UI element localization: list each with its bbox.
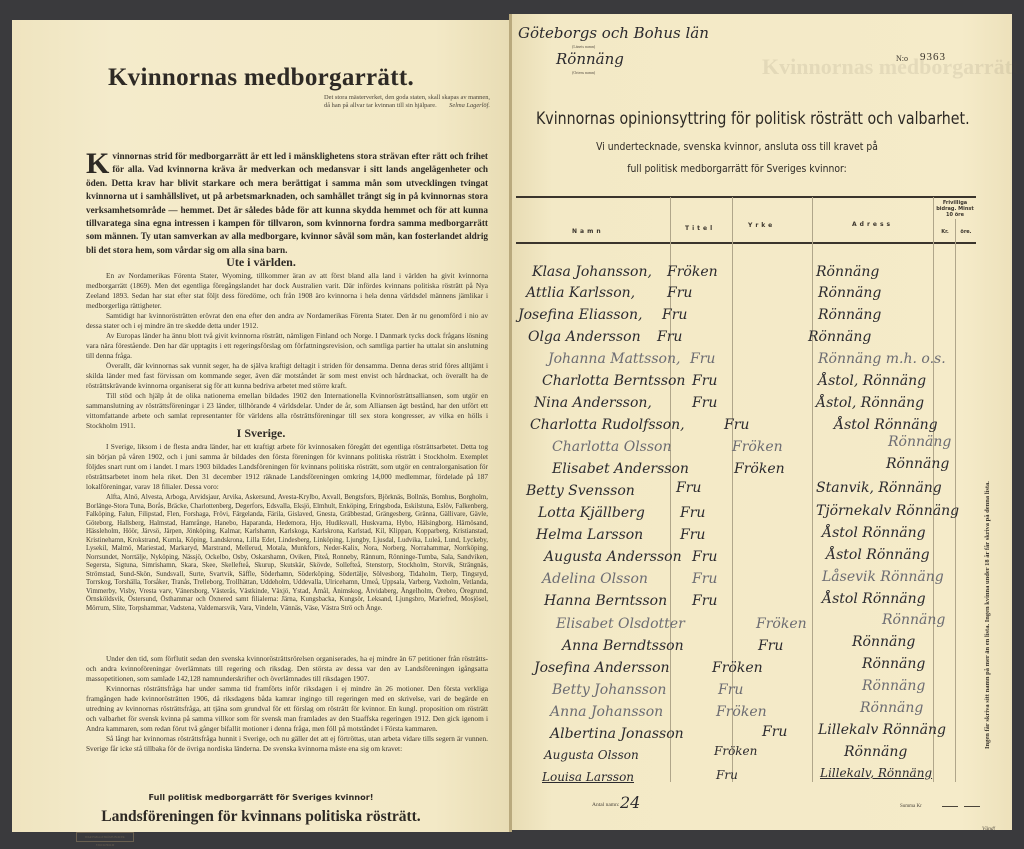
signature-name: Helma Larsson (536, 527, 643, 543)
column-header-titel: Titel (685, 225, 715, 232)
sum-kr-dash (942, 806, 958, 807)
paragraph: Samtidigt har kvinnorösträtten erövrat d… (86, 311, 488, 331)
vertical-notice: Ingen får skriva sitt namn på mer än en … (984, 289, 991, 749)
signature-title: Fru (716, 768, 738, 782)
paragraph: Överallt, där kvinnornas sak vunnit sege… (86, 361, 488, 391)
handwritten-town: Rönnäng (556, 50, 624, 68)
signature-title: Fru (667, 285, 692, 301)
signature-title: Fru (657, 329, 682, 345)
signature-address: Åstol, Rönnäng (818, 373, 926, 389)
signature-address: Åstol Rönnäng (834, 417, 938, 433)
form-title: Kvinnornas opinionsyttring för politisk … (536, 109, 949, 128)
section-heading-sweden: I Sverige. (12, 426, 510, 441)
form-subtitle-line2: full politisk medborgarrätt för Sveriges… (517, 163, 957, 175)
organization-name: Landsföreningen för kvinnans politiska r… (12, 808, 510, 826)
town-label: (Ortens namn) (572, 70, 595, 75)
bleed-through-text: Kvinnornas medborgarrätt. (762, 54, 1024, 80)
signature-title: Fru (692, 373, 717, 389)
signature-address: Rönnäng (886, 456, 949, 472)
form-number: 9363 (920, 51, 946, 63)
paragraph: Av Europas länder ha ännu blott två givi… (86, 331, 488, 361)
signature-name: Adelina Olsson (542, 571, 648, 587)
signature-name: Betty Johansson (552, 682, 666, 698)
signature-name: Klasa Johansson, (532, 264, 652, 280)
signature-address: Låsevik Rönnäng (822, 569, 944, 585)
signature-address: Åstol Rönnäng (822, 525, 926, 541)
epigraph-author: Selma Lagerlöf. (449, 102, 490, 110)
signature-title: Fru (692, 395, 717, 411)
turn-page-label: Vänd! (982, 826, 995, 832)
signature-title: Fröken (716, 704, 767, 720)
handwritten-county: Göteborgs och Bohus län (518, 24, 709, 42)
column-divider (955, 219, 956, 782)
section-sweden-body: I Sverige, liksom i de flesta andra länd… (86, 442, 488, 492)
form-subtitle-line1: Vi undertecknade, svenska kvinnor, anslu… (517, 141, 957, 153)
paragraph: Till stöd och hjälp åt de olika nationer… (86, 391, 488, 431)
slogan: Full politisk medborgarrätt för Sveriges… (12, 792, 510, 802)
intro-text: vinnornas strid för medborgarrätt är ett… (86, 151, 488, 255)
signature-title: Fröken (667, 264, 718, 280)
pamphlet-title: Kvinnornas medborgarrätt. (12, 64, 510, 92)
intro-paragraph: Kvinnornas strid för medborgarrätt är et… (86, 150, 488, 257)
signature-address: Rönnäng (860, 700, 923, 716)
signature-name: Charlotta Rudolfsson, (530, 417, 685, 433)
signature-address: Åstol Rönnäng (826, 547, 930, 563)
signature-address: Åstol Rönnäng (822, 591, 926, 607)
signature-address: Rönnäng (808, 329, 871, 345)
section-sweden-body-cont: Under den tid, som förflutit sedan den s… (86, 654, 488, 754)
form-number-label: N:o (896, 54, 908, 63)
signature-title: Fröken (756, 616, 807, 632)
signature-name: Charlotta Berntsson (542, 373, 685, 389)
signature-address: Rönnäng (818, 285, 881, 301)
signature-title: Fröken (732, 439, 783, 455)
signature-title: Fru (692, 549, 717, 565)
printer-mark: IVAR HÆGGSTRÖMS BOKTR. STOCKHOLM (76, 832, 134, 842)
signature-title: Fru (762, 724, 787, 740)
signature-name: Lotta Kjällberg (538, 505, 645, 521)
signature-title: Fröken (712, 660, 763, 676)
epigraph: Det stora mästerverket, den goda staten,… (324, 94, 490, 110)
signature-address: Stanvik, Rönnäng (816, 480, 942, 496)
signature-name: Olga Andersson (528, 329, 641, 345)
signature-address: Rönnäng (852, 634, 915, 650)
signature-name: Hanna Berntsson (544, 593, 667, 609)
count-label: Antal namn: (592, 802, 619, 808)
county-label: (Länets namn) (572, 44, 595, 49)
signature-name: Albertina Jonasson (550, 726, 684, 742)
sum-label: Summa Kr (900, 804, 922, 809)
signature-address: Rönnäng (816, 264, 879, 280)
signature-name: Anna Berndtsson (562, 638, 684, 654)
signature-address: Lillekalv, Rönnäng (820, 766, 932, 780)
signature-title: Fru (724, 417, 749, 433)
signature-title: Fru (662, 307, 687, 323)
column-header-yrke: Yrke (748, 222, 775, 229)
signature-address: Åstol, Rönnäng (816, 395, 924, 411)
section-world-body: En av Nordamerikas Förenta Stater, Wyomi… (86, 271, 488, 431)
left-page-pamphlet: Kvinnornas medborgarrätt. Det stora mäst… (12, 20, 510, 832)
signature-name: Anna Johansson (550, 704, 663, 720)
signature-address: Rönnäng (862, 656, 925, 672)
paragraph: En av Nordamerikas Förenta Stater, Wyomi… (86, 271, 488, 311)
signature-name: Augusta Andersson (544, 549, 682, 565)
signature-title: Fru (718, 682, 743, 698)
column-header-ore: öre. (956, 229, 976, 235)
table-header-rule (516, 242, 976, 244)
signature-name: Betty Svensson (526, 483, 635, 499)
signature-title: Fru (680, 527, 705, 543)
column-header-contribution: Frivilliga bidrag. Minst 10 öre (934, 200, 976, 218)
signature-address: Rönnäng (862, 678, 925, 694)
column-divider (812, 197, 813, 782)
signature-name: Josefina Andersson (534, 660, 670, 676)
signature-title: Fru (690, 351, 715, 367)
signature-title: Fröken (714, 744, 757, 758)
signature-name: Johanna Mattsson, (548, 351, 680, 367)
table-top-rule (516, 196, 976, 198)
signature-name: Louisa Larsson (542, 770, 634, 784)
signature-address: Tjörnekalv Rönnäng (816, 503, 959, 519)
signature-address: Rönnäng (844, 744, 907, 760)
city-list: Alfta, Alnö, Alvesta, Arboga, Arvidsjaur… (86, 494, 488, 613)
column-header-adress: Adress (852, 221, 893, 228)
signature-name: Josefina Eliasson, (518, 307, 642, 323)
signature-address: Rönnäng (888, 434, 951, 450)
signature-address: Rönnäng (882, 612, 945, 628)
signature-address: Lillekalv Rönnäng (818, 722, 946, 738)
dropcap-letter: K (86, 152, 109, 176)
signature-name: Elisabet Olsdotter (556, 616, 685, 632)
signature-name: Augusta Olsson (544, 748, 639, 762)
signature-title: Fru (680, 505, 705, 521)
column-header-kr: Kr. (936, 229, 954, 235)
signature-name: Elisabet Andersson (552, 461, 689, 477)
right-page-petition-form: Kvinnornas medborgarrätt. Göteborgs och … (512, 14, 1012, 830)
paragraph: Under den tid, som förflutit sedan den s… (86, 654, 488, 684)
sum-ore-dash (964, 806, 980, 807)
paragraph: Kvinnornas rösträttsfråga har under samm… (86, 684, 488, 734)
paragraph: Så långt har kvinnornas rösträttsfråga h… (86, 734, 488, 754)
column-header-namn: Namn (572, 228, 604, 235)
signature-title: Fru (692, 593, 717, 609)
signature-address: Rönnäng m.h. o.s. (818, 351, 946, 367)
section-heading-world: Ute i världen. (12, 255, 510, 270)
signature-name: Attlia Karlsson, (526, 285, 635, 301)
signature-address: Rönnäng (818, 307, 881, 323)
paragraph: I Sverige, liksom i de flesta andra länd… (86, 442, 488, 492)
count-value: 24 (620, 793, 640, 812)
signature-title: Fru (692, 571, 717, 587)
signature-name: Charlotta Olsson (552, 439, 672, 455)
signature-name: Nina Andersson, (534, 395, 652, 411)
signature-title: Fru (758, 638, 783, 654)
signature-title: Fru (676, 480, 701, 496)
signature-title: Fröken (734, 461, 785, 477)
